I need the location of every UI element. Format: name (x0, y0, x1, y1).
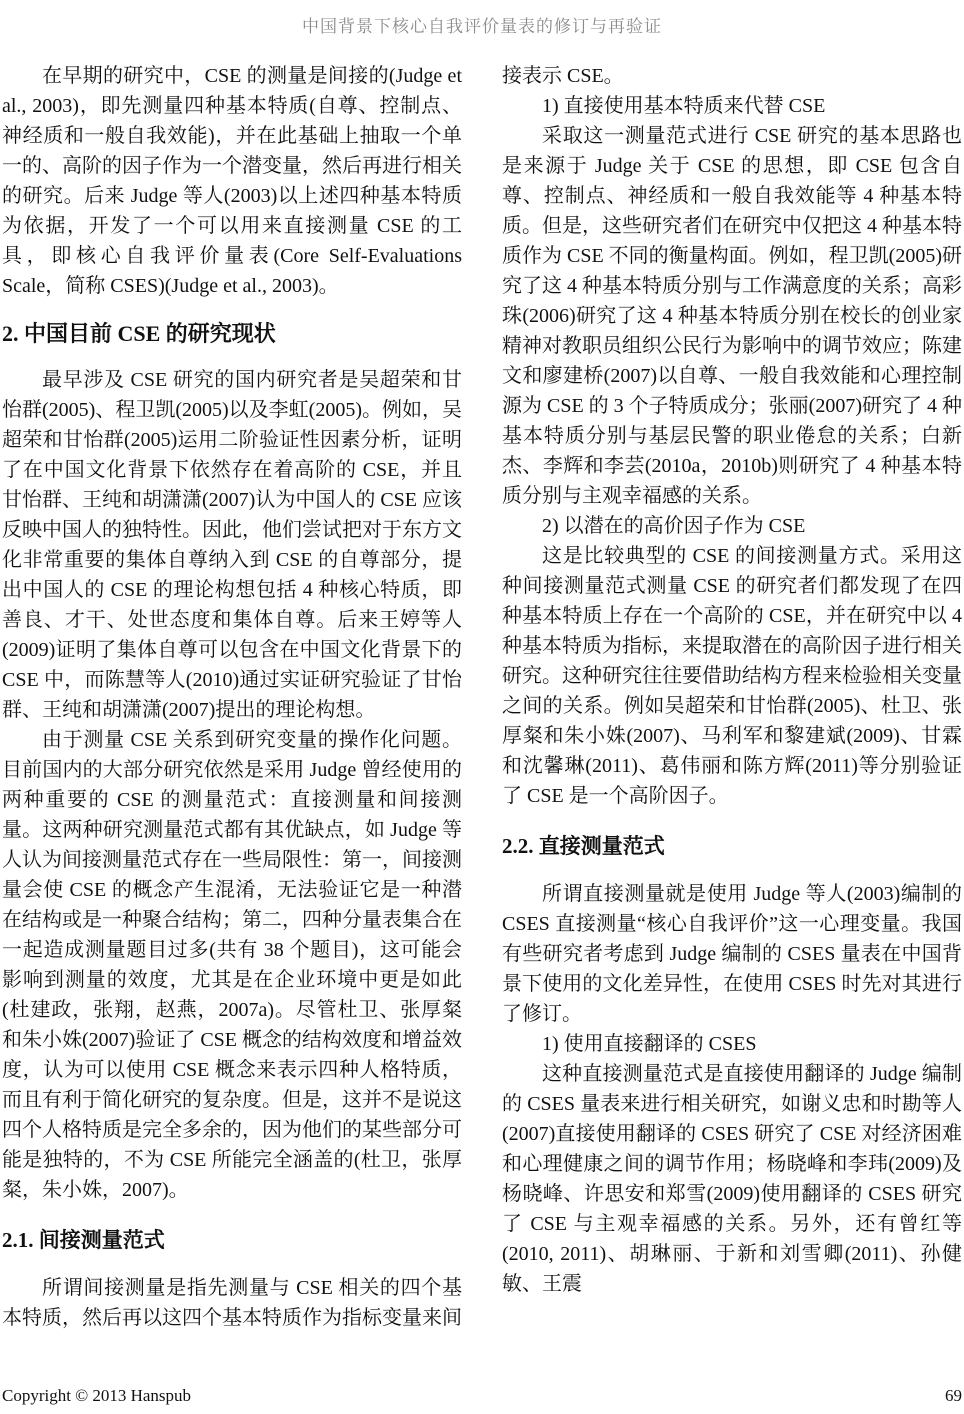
paragraph: 最早涉及 CSE 研究的国内研究者是吴超荣和甘怡群(2005)、程卫凯(2005… (2, 365, 462, 725)
list-item: 1) 直接使用基本特质来代替 CSE (502, 91, 962, 121)
left-column: 在早期的研究中，CSE 的测量是间接的(Judge et al., 2003)，… (2, 61, 462, 1333)
page-number: 69 (945, 1386, 962, 1406)
page-footer: Copyright © 2013 Hanspub 69 (2, 1386, 962, 1406)
paragraph: 这是比较典型的 CSE 的间接测量方式。采用这种间接测量范式测量 CSE 的研究… (502, 541, 962, 811)
paragraph-continuation: 接表示 CSE。 (502, 61, 962, 91)
right-column: 接表示 CSE。 1) 直接使用基本特质来代替 CSE 采取这一测量范式进行 C… (502, 61, 962, 1333)
paragraph: 在早期的研究中，CSE 的测量是间接的(Judge et al., 2003)，… (2, 61, 462, 301)
two-column-body: 在早期的研究中，CSE 的测量是间接的(Judge et al., 2003)，… (0, 61, 964, 1333)
paragraph: 由于测量 CSE 关系到研究变量的操作化问题。目前国内的大部分研究依然是采用 J… (2, 725, 462, 1205)
section-heading-2: 2. 中国目前 CSE 的研究现状 (2, 319, 462, 349)
paragraph: 所谓直接测量就是使用 Judge 等人(2003)编制的 CSES 直接测量“核… (502, 879, 962, 1029)
paper-page: 中国背景下核心自我评价量表的修订与再验证 在早期的研究中，CSE 的测量是间接的… (0, 0, 964, 1414)
running-head-title: 中国背景下核心自我评价量表的修订与再验证 (0, 0, 964, 37)
section-heading-2-2: 2.2. 直接测量范式 (502, 831, 962, 861)
list-item: 1) 使用直接翻译的 CSES (502, 1029, 962, 1059)
list-item: 2) 以潜在的高价因子作为 CSE (502, 511, 962, 541)
paragraph: 采取这一测量范式进行 CSE 研究的基本思路也是来源于 Judge 关于 CSE… (502, 121, 962, 511)
copyright-notice: Copyright © 2013 Hanspub (2, 1386, 191, 1406)
paragraph: 所谓间接测量是指先测量与 CSE 相关的四个基本特质，然后再以这四个基本特质作为… (2, 1273, 462, 1333)
paragraph: 这种直接测量范式是直接使用翻译的 Judge 编制的 CSES 量表来进行相关研… (502, 1059, 962, 1299)
section-heading-2-1: 2.1. 间接测量范式 (2, 1225, 462, 1255)
